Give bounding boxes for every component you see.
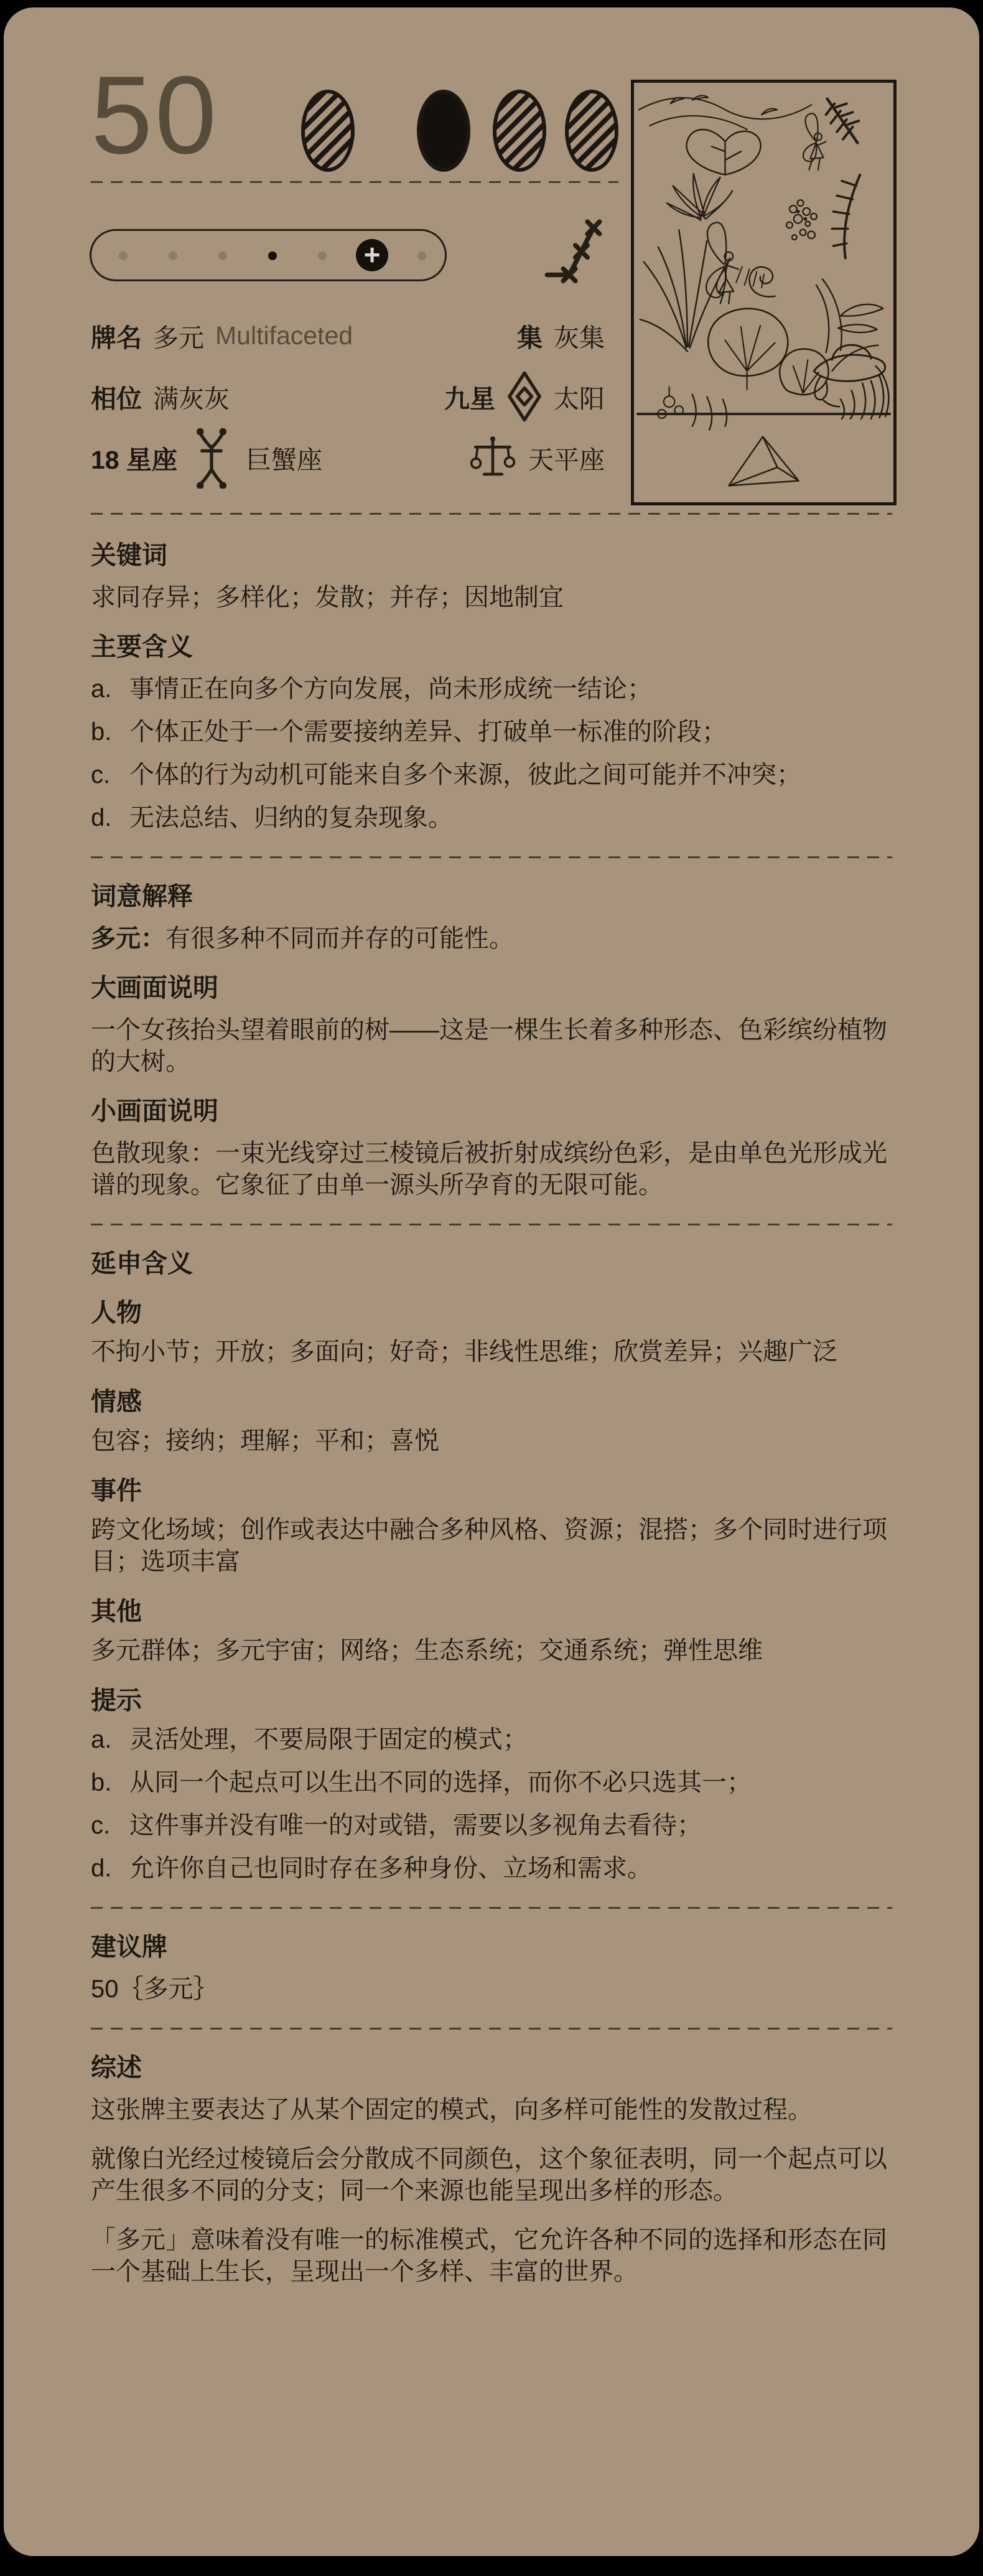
list-marker: c.	[91, 1810, 129, 1842]
list-marker: b.	[91, 716, 129, 748]
small-picture-text: 色散现象：一束光线穿过三棱镜后被折射成缤纷色彩，是由单色光形成光谱的现象。它象征…	[91, 1138, 892, 1201]
page-dot-active[interactable]	[268, 251, 277, 260]
card-fields: 牌名 多元 Multifaceted 集 灰集 相位 满灰灰 九星	[91, 317, 605, 500]
field-zodiac-libra: 天平座	[468, 433, 605, 482]
tarot-card-page: 50 + 牌名 多元	[4, 7, 979, 2556]
summary-paragraph: 就像白光经过棱镜后会分散成不同颜色，这个象征表明，同一个起点可以产生很多不同的分…	[91, 2143, 892, 2207]
summary-paragraph: 这张牌主要表达了从某个固定的模式，向多样可能性的发散过程。	[91, 2094, 892, 2126]
page-dots-control[interactable]: +	[90, 229, 447, 281]
dashed-divider	[91, 181, 618, 183]
list-item: a. 事情正在向多个方向发展，尚未形成统一结论；	[91, 673, 892, 705]
card-number: 50	[91, 60, 219, 171]
page-dot[interactable]	[318, 251, 327, 260]
list-text: 无法总结、归纳的复杂现象。	[129, 802, 453, 834]
libra-scale-icon	[468, 433, 517, 482]
word-definition: 有很多种不同而并存的可能性。	[165, 925, 514, 952]
list-item: c. 个体的行为动机可能来自多个来源，彼此之间可能并不冲突；	[91, 759, 892, 791]
field-label: 相位	[91, 378, 142, 415]
section-heading-extended: 延申含义	[91, 1248, 892, 1279]
plus-icon: +	[364, 240, 381, 269]
list-marker: c.	[91, 759, 129, 791]
section-heading-keywords: 关键词	[91, 540, 892, 571]
dashed-divider	[91, 1907, 892, 1909]
list-text: 允许你自己也同时存在多种身份、立场和需求。	[129, 1853, 652, 1885]
field-value: 太阳	[554, 378, 605, 415]
section-heading-word-meaning: 词意解释	[91, 881, 892, 912]
counter-oval-hatched	[301, 90, 355, 172]
field-label: 牌名	[91, 317, 142, 354]
word-meaning-text: 多元：有很多种不同而并存的可能性。	[91, 923, 892, 955]
subheading-people: 人物	[91, 1298, 892, 1328]
dashed-divider	[91, 2028, 892, 2030]
list-text: 事情正在向多个方向发展，尚未形成统一结论；	[129, 673, 652, 705]
list-item: b. 个体正处于一个需要接纳差异、打破单一标准的阶段；	[91, 716, 892, 748]
section-heading-small-picture: 小画面说明	[91, 1095, 892, 1126]
people-text: 不拘小节；开放；多面向；好奇；非线性思维；欣赏差异；兴趣广泛	[91, 1336, 892, 1368]
list-text: 从同一个起点可以生出不同的选择，而你不必只选其一；	[129, 1767, 752, 1799]
list-text: 个体的行为动机可能来自多个来源，彼此之间可能并不冲突；	[129, 759, 801, 791]
list-item: b. 从同一个起点可以生出不同的选择，而你不必只选其一；	[91, 1767, 892, 1799]
page-dot[interactable]	[218, 251, 227, 260]
list-item: d. 无法总结、归纳的复杂现象。	[91, 802, 892, 834]
field-row: 牌名 多元 Multifaceted 集 灰集	[91, 317, 605, 354]
list-marker: d.	[91, 1853, 129, 1885]
list-marker: a.	[91, 673, 129, 705]
counter-oval-solid	[417, 90, 470, 172]
keywords-text: 求同存异；多样化；发散；并存；因地制宜	[91, 582, 892, 614]
page-dot[interactable]	[119, 251, 128, 260]
counter-oval-hatched	[493, 90, 546, 172]
list-item: d. 允许你自己也同时存在多种身份、立场和需求。	[91, 1853, 892, 1885]
field-value: 天平座	[528, 439, 605, 476]
field-value-en: Multifaceted	[215, 321, 353, 350]
big-picture-text: 一个女孩抬头望着眼前的树——这是一棵生长着多种形态、色彩缤纷植物的大树。	[91, 1014, 892, 1078]
dashed-divider	[91, 513, 892, 515]
events-text: 跨文化场域；创作或表达中融合多种风格、资源；混搭；多个同时进行项目；选项丰富	[91, 1514, 892, 1578]
field-set: 集 灰集	[517, 317, 605, 354]
field-value: 多元	[153, 317, 204, 354]
list-marker: b.	[91, 1767, 129, 1799]
constellation-icon	[543, 219, 612, 286]
botanical-card-art-drawing	[634, 83, 893, 502]
dashed-divider	[91, 856, 892, 858]
list-marker: a.	[91, 1724, 129, 1756]
field-value: 满灰灰	[153, 378, 230, 415]
field-label: 集	[517, 317, 543, 354]
field-value: 巨蟹座	[246, 439, 322, 476]
section-heading-summary: 综述	[91, 2052, 892, 2083]
suggested-card-text: 50｛多元｝	[91, 1974, 892, 2005]
add-button[interactable]: +	[356, 239, 388, 271]
nine-star-diamond-icon	[506, 370, 543, 423]
list-text: 灵活处理，不要局限于固定的模式；	[129, 1724, 528, 1756]
summary-paragraph: 「多元」意味着没有唯一的标准模式，它允许各种不同的选择和形态在同一个基础上生长，…	[91, 2224, 892, 2288]
word-term: 多元：	[91, 925, 165, 952]
section-heading-suggested-card: 建议牌	[91, 1931, 892, 1962]
list-text: 这件事并没有唯一的对或错，需要以多视角去看待；	[129, 1810, 702, 1842]
card-header: 50 + 牌名 多元	[4, 7, 979, 513]
field-card-name: 牌名 多元 Multifaceted	[91, 317, 353, 354]
list-item: a. 灵活处理，不要局限于固定的模式；	[91, 1724, 892, 1756]
subheading-tips: 提示	[91, 1685, 892, 1715]
field-zodiac-18: 18 星座 巨蟹座	[91, 426, 322, 489]
section-heading-big-picture: 大画面说明	[91, 972, 892, 1003]
field-value: 灰集	[554, 317, 605, 354]
subheading-others: 其他	[91, 1596, 892, 1626]
list-marker: d.	[91, 802, 129, 834]
others-text: 多元群体；多元宇宙；网络；生态系统；交通系统；弹性思维	[91, 1635, 892, 1667]
page-dot[interactable]	[169, 251, 177, 260]
field-phase: 相位 满灰灰	[91, 378, 230, 415]
emotion-text: 包容；接纳；理解；平和；喜悦	[91, 1425, 892, 1457]
field-label: 18 星座	[91, 439, 177, 476]
list-text: 个体正处于一个需要接纳差异、打破单一标准的阶段；	[129, 716, 727, 748]
list-item: c. 这件事并没有唯一的对或错，需要以多视角去看待；	[91, 1810, 892, 1842]
counter-oval-hatched	[565, 90, 618, 172]
field-label: 九星	[444, 378, 495, 415]
field-nine-star: 九星 太阳	[444, 370, 605, 423]
cancer-figure-icon	[189, 426, 235, 489]
botanical-card-art	[631, 80, 897, 505]
field-row: 相位 满灰灰 九星 太阳	[91, 378, 605, 415]
section-heading-main-meanings: 主要含义	[91, 631, 892, 662]
page-dot[interactable]	[417, 251, 426, 260]
card-body: 关键词 求同存异；多样化；发散；并存；因地制宜 主要含义 a. 事情正在向多个方…	[4, 513, 979, 2330]
field-row: 18 星座 巨蟹座	[91, 439, 605, 475]
subheading-emotion: 情感	[91, 1387, 892, 1417]
subheading-events: 事件	[91, 1476, 892, 1506]
dashed-divider	[91, 1224, 892, 1225]
